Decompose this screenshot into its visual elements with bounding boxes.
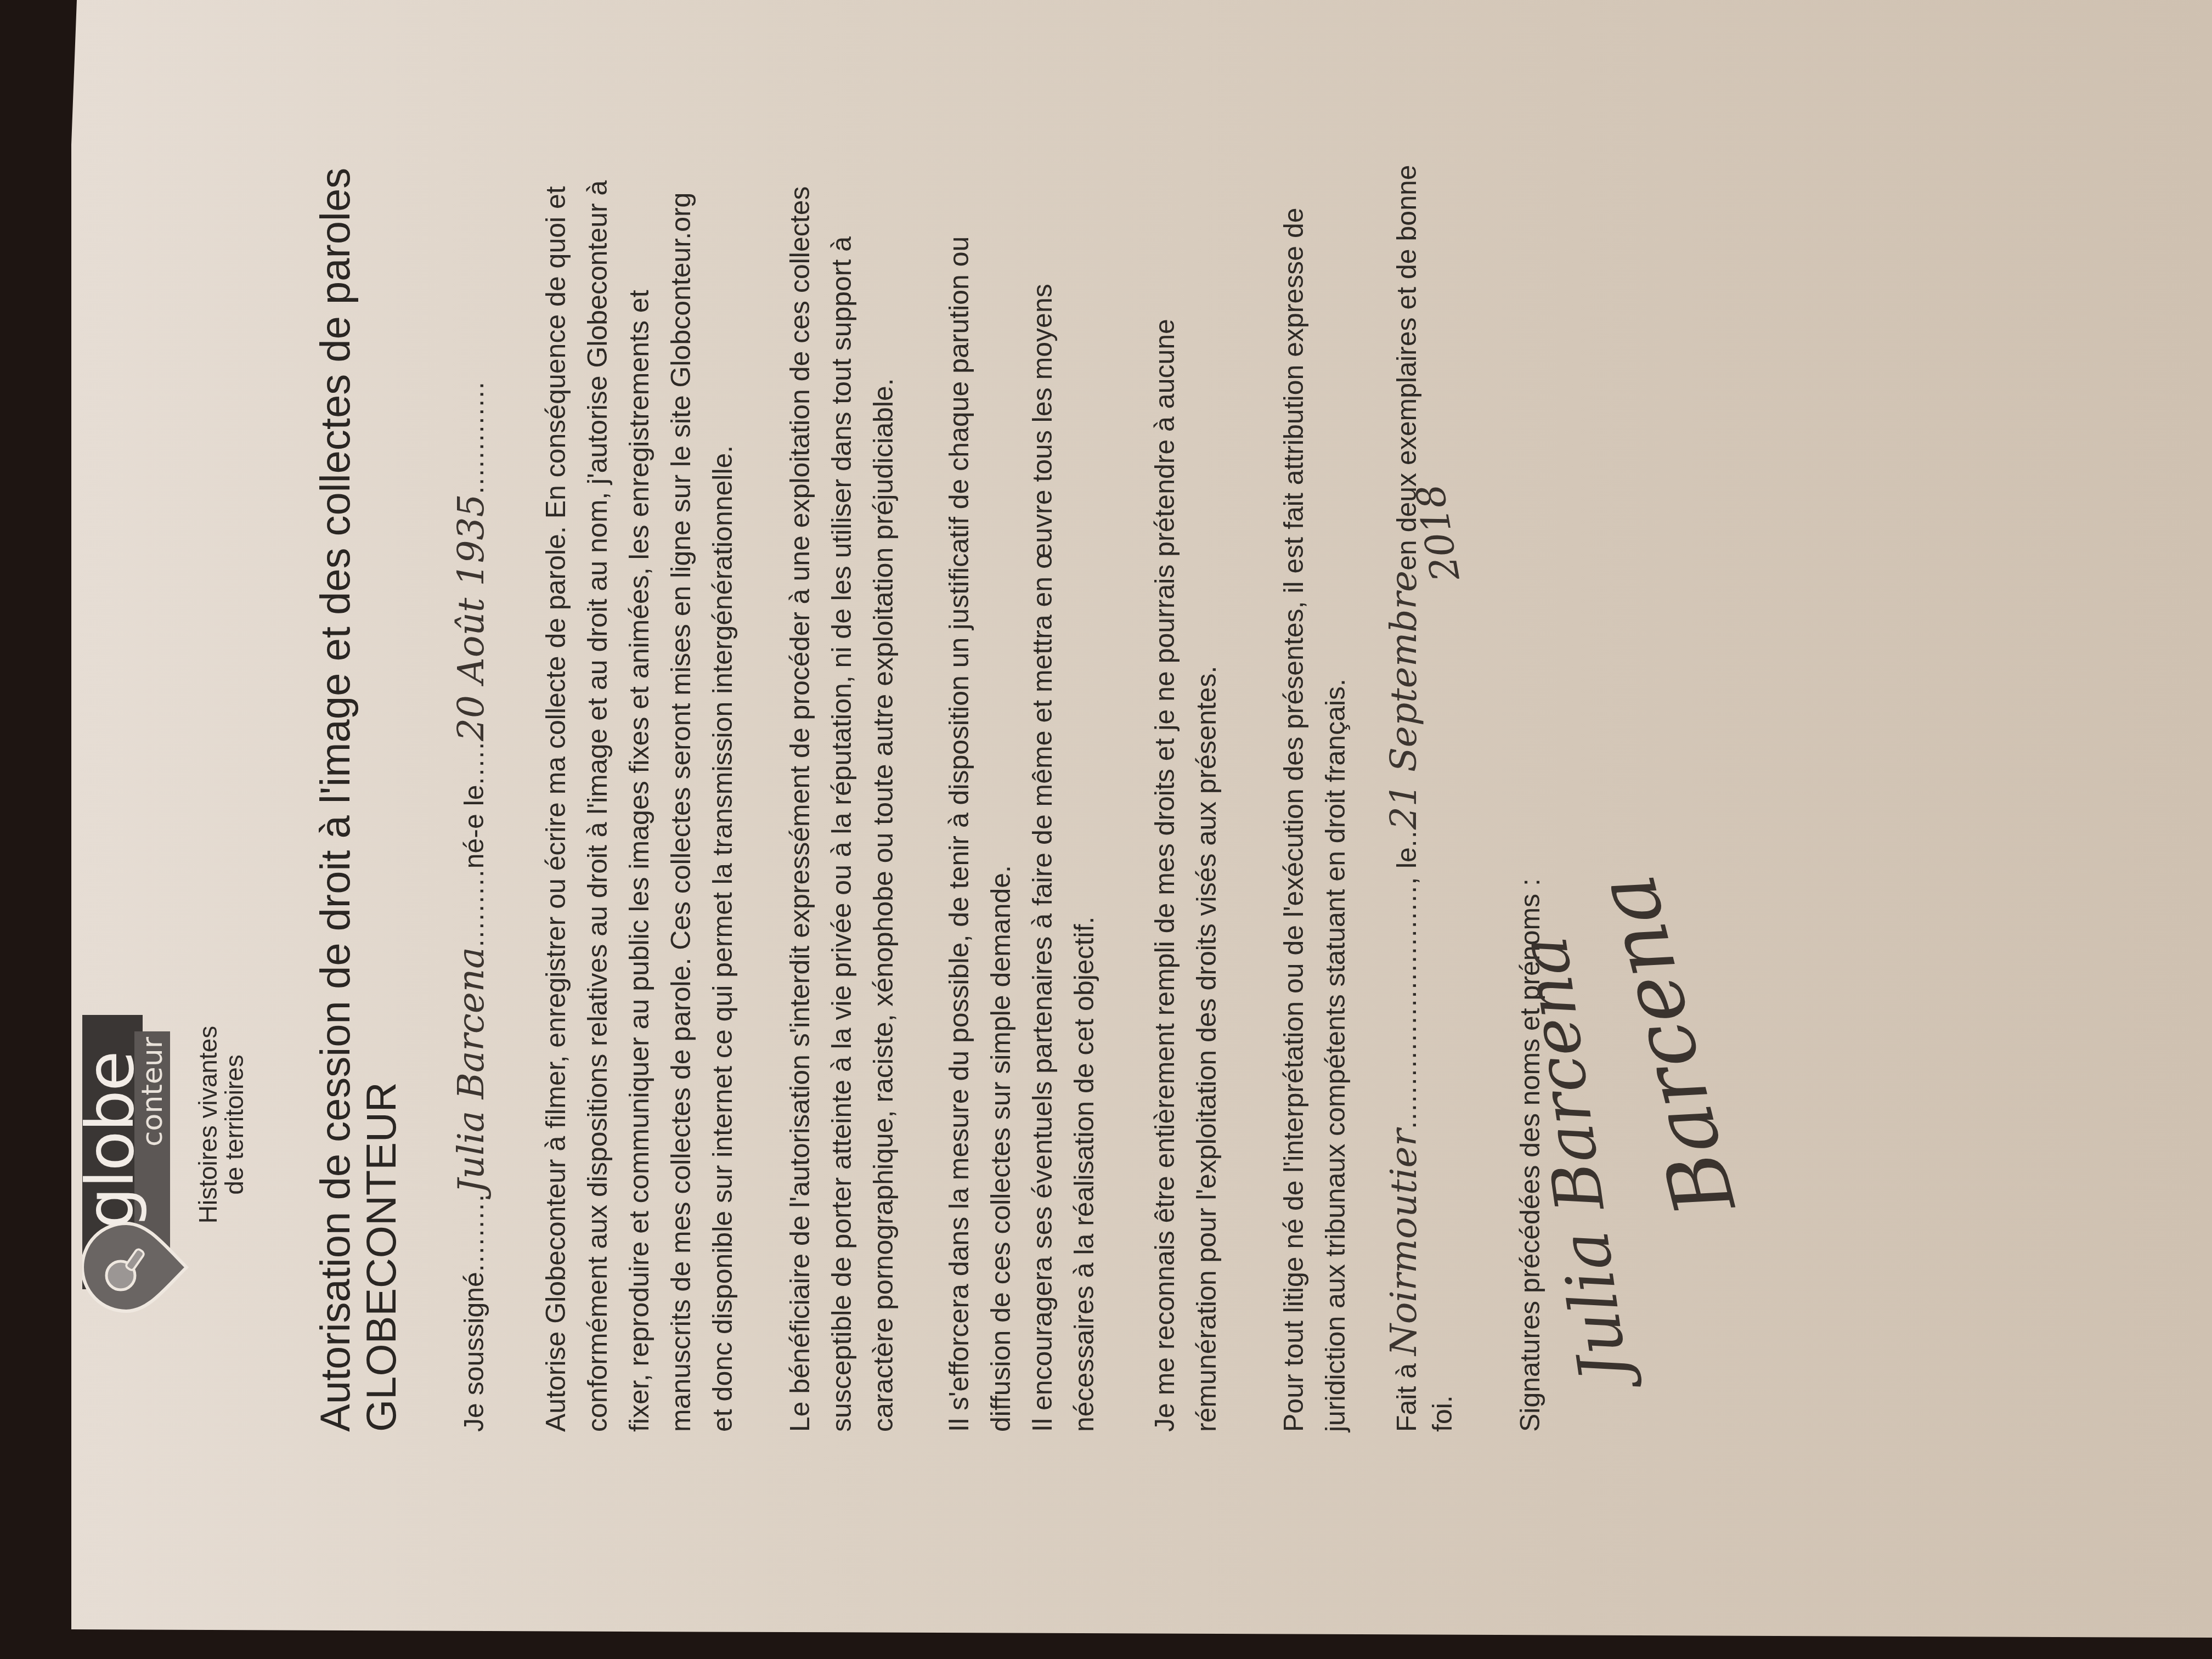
dotted-field: .....: [459, 741, 489, 785]
text-line: manuscrits de mes collectes de parole. C…: [660, 60, 702, 1432]
text-line: juridiction aux tribunaux compétents sta…: [1314, 60, 1356, 1432]
text-line: Autorise Globeconteur à filmer, enregist…: [535, 60, 577, 1432]
globeconteur-logo: globe conteur: [82, 1015, 192, 1322]
dotted-field: ..: [1391, 830, 1422, 847]
text-line: Il s'efforcera dans la mesure du possibl…: [938, 60, 980, 1432]
tagline-line-1: Histoires vivantes: [195, 1004, 221, 1245]
paragraph-jurisdiction: Pour tout litige né de l'interprétation …: [1273, 60, 1356, 1432]
title-line-1: Autorisation de cession de droit à l'ima…: [313, 115, 359, 1432]
label-le: le: [1391, 847, 1422, 868]
text-line: rémunération pour l'exploitation des dro…: [1186, 60, 1227, 1432]
text-line: nécessaires à la réalisation de cet obje…: [1063, 60, 1105, 1432]
logo-word-conteur: conteur: [136, 1037, 169, 1147]
text-line: fixer, reproduire et communiquer au publ…: [618, 60, 660, 1432]
label-ne-le: né-e le: [459, 785, 489, 868]
text-line: Il encouragera ses éventuels partenaires…: [1022, 60, 1063, 1432]
consent-form: globe conteur Histoires vivantes de terr…: [0, 55, 1865, 1481]
label-foi: foi.: [1426, 1395, 1458, 1432]
label-fait-a: Fait à: [1391, 1363, 1422, 1432]
paragraph-publication: Il s'efforcera dans la mesure du possibl…: [938, 60, 1105, 1432]
dotted-field: ............................,: [1391, 876, 1422, 1129]
handwritten-date: 21 Septembre: [1383, 571, 1425, 830]
logo-tagline: Histoires vivantes de territoires: [195, 1004, 247, 1245]
paragraph-remuneration: Je me reconnais être entièrement rempli …: [1144, 60, 1227, 1432]
text-line: susceptible de porter atteinte à la vie …: [821, 60, 862, 1432]
dotted-field: .........: [459, 1193, 489, 1272]
text-line: diffusion de ces collectes sur simple de…: [980, 60, 1022, 1432]
text-line: Pour tout litige né de l'interprétation …: [1273, 60, 1314, 1432]
dotted-field: .............: [459, 381, 489, 494]
paragraph-restrictions: Le bénéficiaire de l'autorisation s'inte…: [779, 60, 904, 1432]
identity-line: Je soussigné.........Julia Barcena......…: [450, 381, 492, 1432]
document-title: Autorisation de cession de droit à l'ima…: [313, 115, 405, 1432]
label-soussigne: Je soussigné: [459, 1272, 489, 1432]
text-line: caractère pornographique, raciste, xénop…: [862, 60, 904, 1432]
dotted-field: .........: [459, 868, 489, 947]
handwritten-place: Noirmoutier: [1383, 1129, 1425, 1356]
tagline-line-2: de territoires: [221, 1004, 247, 1245]
title-line-2: GLOBECONTEUR: [359, 115, 405, 1432]
text-line: et donc disponible sur internet ce qui p…: [702, 60, 743, 1432]
text-line: conformément aux dispositions relatives …: [577, 60, 618, 1432]
signing-place-date-line: Fait à Noirmoutier......................…: [1383, 165, 1425, 1432]
paragraph-authorization: Autorise Globeconteur à filmer, enregist…: [535, 60, 743, 1432]
text-line: Le bénéficiaire de l'autorisation s'inte…: [779, 60, 821, 1432]
handwritten-birthdate: 20 Août 1935: [450, 494, 492, 741]
handwritten-name: Julia Barcena: [450, 947, 492, 1193]
microphone-pin-icon: [82, 1212, 192, 1322]
text-line: Je me reconnais être entièrement rempli …: [1144, 60, 1186, 1432]
